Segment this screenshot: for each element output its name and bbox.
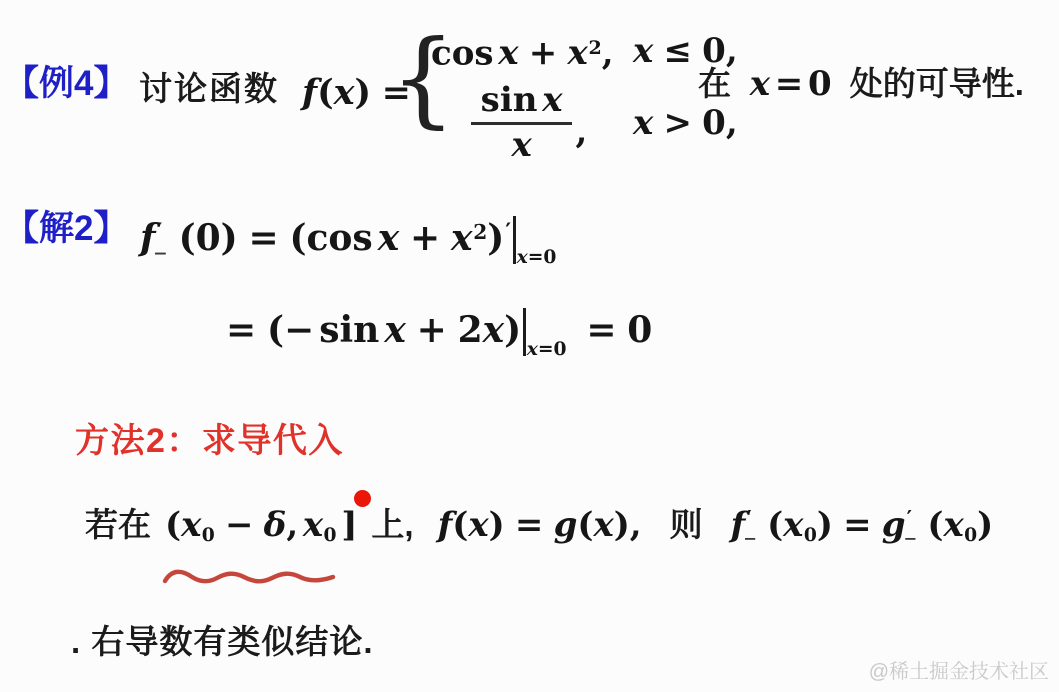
x-symbol: x	[567, 33, 587, 73]
equals-sign: =	[775, 64, 804, 104]
paren: ),	[614, 505, 642, 545]
case2-condition: x>0,	[633, 103, 738, 143]
claim-statement: 若在(x0−δ,x0]上,f(x)=g(x),则f′−(x0)=g′−(x0)	[85, 492, 993, 565]
x-symbol: x	[451, 217, 472, 259]
paren: )	[817, 505, 833, 545]
differentiability-text: 处的可导性.	[850, 65, 1024, 102]
f-symbol: f	[302, 72, 317, 113]
gt-sign: >	[663, 103, 692, 143]
on-text: 上,	[371, 506, 413, 543]
x-symbol: x	[384, 309, 405, 351]
note-text: . 右导数有类似结论.	[71, 616, 374, 663]
minus-sign: −	[225, 505, 254, 545]
g-symbol: g	[554, 505, 578, 545]
sin-function: sin	[319, 309, 379, 351]
paren: (	[767, 505, 783, 545]
x-symbol: x	[783, 505, 803, 545]
zero-subscript: 0	[804, 524, 817, 546]
equals-sign: =	[843, 505, 872, 545]
right-bracket: ]	[341, 505, 357, 545]
watermark-text: @稀土掘金技术社区	[869, 655, 1049, 684]
leq-sign: ≤	[663, 31, 692, 71]
paren: (	[267, 309, 284, 351]
piecewise-cases: cosx+x2, x≤0, sinxx, x>0,	[431, 20, 738, 165]
example-intro-text: 讨论函数	[139, 63, 279, 110]
point-notation: x=0	[750, 64, 832, 104]
zero-value: 0	[554, 338, 567, 360]
x-symbol: x	[593, 505, 613, 545]
x-symbol: x	[943, 505, 963, 545]
zero-subscript: 0	[324, 524, 337, 546]
evaluation-subscript: x=0	[527, 338, 567, 360]
prime-mark: ′	[907, 506, 912, 530]
interval-expression: (x0−δ,x0]	[165, 499, 357, 561]
zero-subscript: 0	[964, 524, 977, 546]
equals-sign: =	[226, 309, 256, 351]
zero-value: 0	[543, 246, 556, 268]
x-symbol: x	[542, 80, 562, 120]
minus-subscript: −	[904, 529, 918, 548]
minus-subscript: −	[153, 244, 167, 264]
then-text: 则	[670, 506, 703, 543]
sin-function: sin	[481, 80, 538, 120]
comma: ,	[286, 505, 298, 545]
solution-tag: 【解2】	[4, 201, 128, 251]
coefficient: 2	[458, 309, 483, 351]
paren: )	[489, 505, 505, 545]
prime-mark: ′	[505, 219, 511, 244]
paren: (	[289, 217, 306, 259]
at-text: 在	[698, 65, 731, 102]
equals-sign: =	[528, 246, 544, 268]
exponent: 2	[473, 220, 487, 244]
example-tail: 在x=0处的可导性.	[698, 58, 1024, 105]
lecture-slide: 【例4】 讨论函数 f(x)= { cosx+x2, x≤0, sinxx, x…	[0, 0, 1059, 692]
x-symbol: x	[633, 103, 653, 143]
evaluation-bar	[523, 308, 526, 356]
paren: (	[927, 505, 943, 545]
f-symbol: f	[438, 505, 453, 545]
paren: (	[452, 505, 468, 545]
evaluation-subscript: x=0	[517, 246, 557, 268]
case2-expression: sinxx,	[471, 83, 588, 164]
cos-function: cos	[431, 33, 494, 73]
paren: (	[165, 505, 181, 545]
x-symbol: x	[334, 72, 355, 113]
method-heading: 方法2：求导代入	[75, 413, 344, 462]
fraction: sinxx	[471, 83, 573, 164]
x-symbol: x	[750, 64, 770, 104]
conclusion-equality: f′−(x0)=g′−(x0)	[731, 505, 994, 545]
plus-sign: +	[410, 217, 440, 259]
equals-sign: =	[538, 338, 554, 360]
minus-sign: −	[284, 309, 314, 351]
prime-mark: ′	[746, 506, 751, 530]
derivative-evaluation-formula: =(−sinx+2x)x=0=0	[226, 301, 652, 365]
x-symbol: x	[181, 505, 201, 545]
x-symbol: x	[378, 217, 399, 259]
argument: (0)	[179, 217, 238, 259]
x-symbol: x	[468, 505, 488, 545]
prime-mark: ′	[157, 219, 163, 244]
x-symbol: x	[527, 338, 538, 360]
exponent: 2	[588, 37, 601, 59]
paren: )	[355, 72, 372, 113]
equals-sign: =	[515, 505, 544, 545]
example-tag: 【例4】	[4, 56, 128, 106]
paren: )	[504, 309, 521, 351]
fraction-denominator: x	[511, 125, 531, 164]
plus-sign: +	[529, 33, 558, 73]
paren: (	[577, 505, 593, 545]
g-symbol: g	[882, 505, 906, 545]
result-value: 0	[627, 309, 652, 351]
equals-sign: =	[248, 217, 278, 259]
left-derivative-formula: f′−(0)=(cosx+x2)′x=0	[140, 203, 556, 283]
fraction-numerator: sinx	[471, 83, 573, 125]
comma: ,	[602, 33, 614, 73]
zero-subscript: 0	[202, 524, 215, 546]
minus-subscript: −	[743, 529, 757, 548]
x-symbol: x	[483, 309, 504, 351]
x-symbol: x	[498, 33, 518, 73]
evaluation-bar	[513, 216, 516, 264]
if-on-text: 若在	[85, 506, 151, 543]
equals-sign: =	[586, 309, 616, 351]
cos-function: cos	[307, 217, 373, 259]
x-symbol: x	[517, 246, 528, 268]
zero-value: 0	[808, 64, 832, 104]
delta-symbol: δ	[264, 505, 287, 545]
case1-expression: cosx+x2,	[431, 20, 614, 81]
fg-equality: f(x)=g(x),	[438, 505, 642, 545]
x-symbol: x	[633, 31, 653, 71]
x-symbol: x	[303, 505, 323, 545]
comma: ,	[575, 112, 587, 152]
paren: (	[317, 72, 334, 113]
red-dot-annotation	[354, 490, 371, 507]
plus-sign: +	[417, 309, 447, 351]
paren: )	[487, 217, 504, 259]
paren: )	[977, 505, 993, 545]
bound-value: 0,	[702, 103, 738, 143]
wavy-underline-annotation	[161, 565, 339, 589]
